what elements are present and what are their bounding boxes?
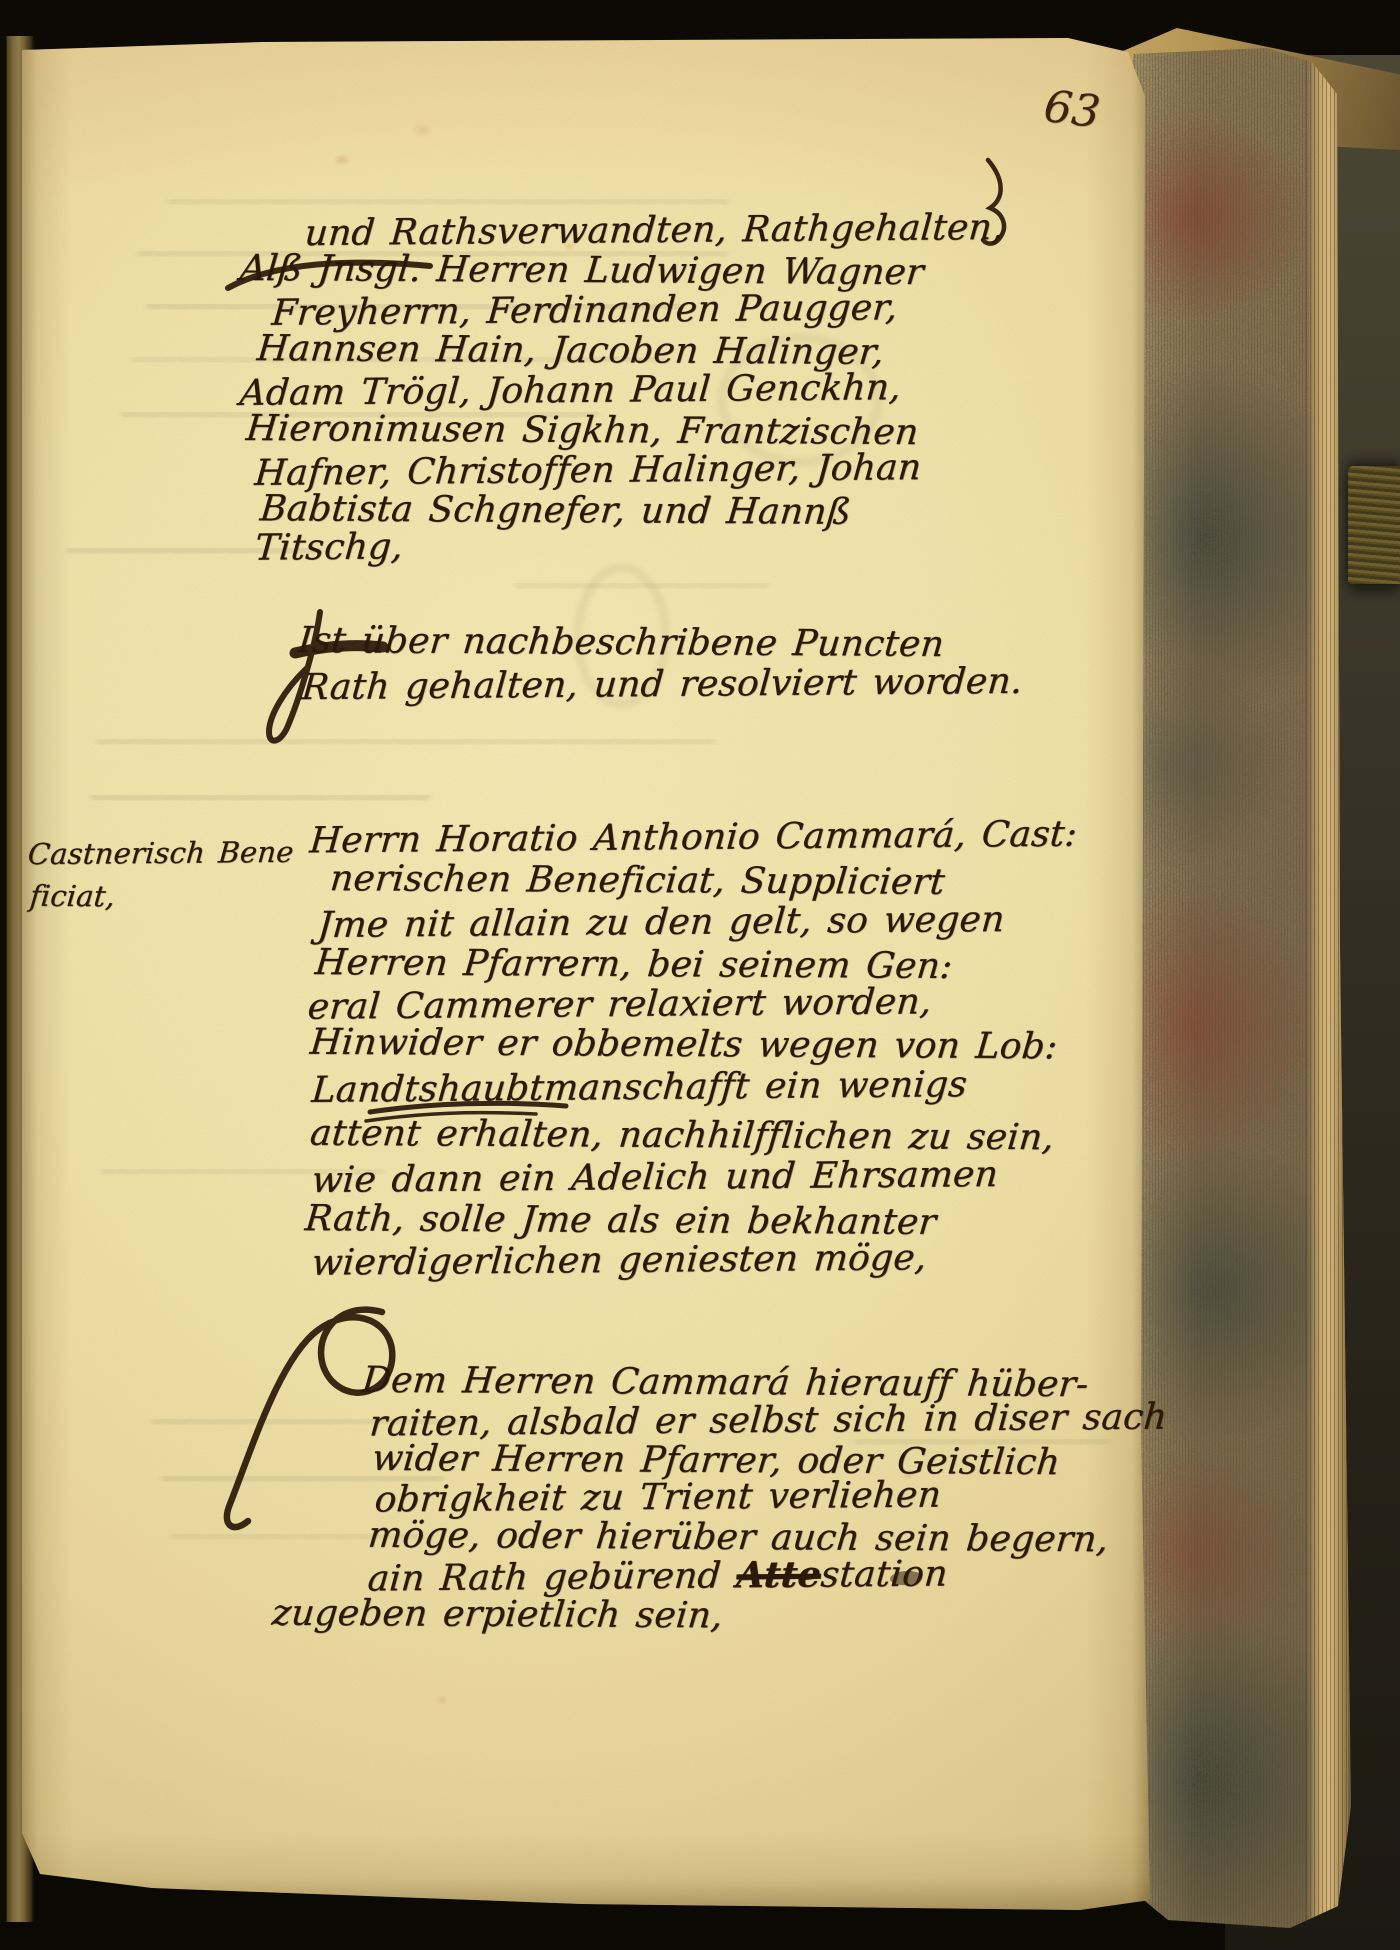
struck-word: Atte: [735, 1554, 823, 1597]
manuscript-line: raiten, alsbald er selbst sich in diser …: [368, 1397, 1168, 1445]
manuscript-line: Hieronimusen Sigkhn, Frantzischen: [244, 408, 920, 453]
manuscript-line: Hannsen Hain, Jacoben Halinger,: [255, 328, 886, 373]
manuscript-line: wierdigerlichen geniesten möge,: [310, 1237, 928, 1283]
manuscript-line: Alß Jnsgl. Herren Ludwigen Wagner: [238, 248, 925, 293]
line-suffix: station: [819, 1553, 949, 1595]
page-number: 63: [1041, 81, 1103, 138]
manuscript-line: Rath, solle Jme als ein bekhanter: [303, 1198, 938, 1243]
manuscript-line: eral Cammerer relaxiert worden,: [306, 981, 933, 1027]
manuscript-line: Landtshaubtmanschafft ein wenigs: [310, 1064, 968, 1111]
manuscript-line: Freyherrn, Ferdinanden Paugger,: [270, 287, 899, 333]
manuscript-line: Herren Pfarrern, bei seinem Gen:: [313, 942, 954, 987]
manuscript-line: zugeben erpietlich sein,: [270, 1593, 724, 1637]
manuscript-line: obrigkheit zu Trient verliehen: [373, 1475, 942, 1521]
manuscript-line: wie dann ein Adelich und Ehrsamen: [310, 1154, 999, 1201]
manuscript-line: Titschg,: [253, 526, 404, 568]
manuscript-line: Jme nit allain zu den gelt, so wegen: [316, 899, 1006, 946]
margin-note-line: Castnerisch Bene: [27, 835, 295, 871]
manuscript-line: attent erhalten, nachhilfflichen zu sein…: [308, 1113, 1056, 1159]
manuscript-photo: 63 Castnerisch Bene ficiat, und Rathsver…: [0, 0, 1400, 1950]
manuscript-line: Hinwider er obbemelts wegen von Lob:: [308, 1022, 1059, 1068]
manuscript-line: Herrn Horatio Anthonio Cammará, Cast:: [308, 814, 1078, 862]
manuscript-line: Ist über nachbeschribene Puncten: [296, 620, 946, 665]
manuscript-line: Hafner, Christoffen Halinger, Johan: [253, 447, 923, 494]
margin-note-line: ficiat,: [28, 879, 116, 914]
manuscript-line: Adam Trögl, Johann Paul Genckhn,: [238, 367, 902, 414]
manuscript-line: Rath gehalten, und resolviert worden.: [300, 661, 1024, 708]
manuscript-line: und Rathsverwandten, Rathgehalten,: [303, 207, 1005, 254]
manuscript-line-with-strikethrough: ain Rath gebürend Attestation: [366, 1552, 949, 1599]
manuscript-line: nerischen Beneficiat, Suppliciert: [328, 858, 946, 903]
